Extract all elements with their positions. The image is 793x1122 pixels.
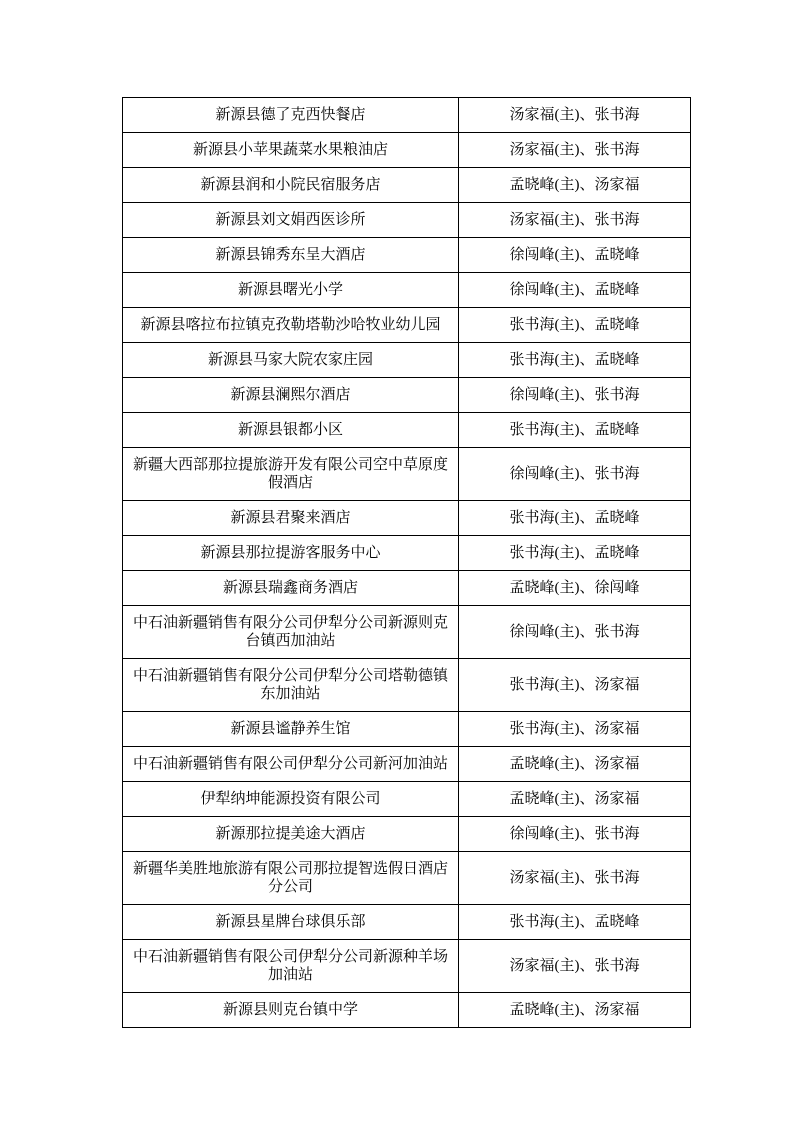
organization-cell: 新疆大西部那拉提旅游开发有限公司空中草原度假酒店 <box>123 448 459 501</box>
document-page: 新源县德了克西快餐店汤家福(主)、张书海新源县小苹果蔬菜水果粮油店汤家福(主)、… <box>0 0 793 1122</box>
assignees-cell: 徐闯峰(主)、张书海 <box>459 817 691 852</box>
table-row: 新源县德了克西快餐店汤家福(主)、张书海 <box>123 98 691 133</box>
organization-cell: 新源县君聚来酒店 <box>123 501 459 536</box>
table-row: 新源县润和小院民宿服务店孟晓峰(主)、汤家福 <box>123 168 691 203</box>
organization-cell: 新源县则克台镇中学 <box>123 993 459 1028</box>
table-row: 伊犁纳坤能源投资有限公司孟晓峰(主)、汤家福 <box>123 782 691 817</box>
table-row: 新源县星牌台球俱乐部张书海(主)、孟晓峰 <box>123 905 691 940</box>
organization-cell: 新源县那拉提游客服务中心 <box>123 536 459 571</box>
table-row: 新疆大西部那拉提旅游开发有限公司空中草原度假酒店徐闯峰(主)、张书海 <box>123 448 691 501</box>
table-row: 新源县小苹果蔬菜水果粮油店汤家福(主)、张书海 <box>123 133 691 168</box>
assignees-cell: 孟晓峰(主)、汤家福 <box>459 993 691 1028</box>
organization-cell: 新源县银都小区 <box>123 413 459 448</box>
organization-cell: 新源县德了克西快餐店 <box>123 98 459 133</box>
table-row: 新源县刘文娟西医诊所汤家福(主)、张书海 <box>123 203 691 238</box>
assignees-cell: 孟晓峰(主)、汤家福 <box>459 782 691 817</box>
assignees-cell: 张书海(主)、孟晓峰 <box>459 905 691 940</box>
assignees-cell: 汤家福(主)、张书海 <box>459 940 691 993</box>
assignees-cell: 汤家福(主)、张书海 <box>459 203 691 238</box>
table-row: 新源县谧静养生馆张书海(主)、汤家福 <box>123 712 691 747</box>
table-row: 新源那拉提美途大酒店徐闯峰(主)、张书海 <box>123 817 691 852</box>
assignees-cell: 张书海(主)、汤家福 <box>459 712 691 747</box>
organization-cell: 新源县星牌台球俱乐部 <box>123 905 459 940</box>
organization-cell: 中石油新疆销售有限分公司伊犁分公司新源则克台镇西加油站 <box>123 606 459 659</box>
assignees-cell: 汤家福(主)、张书海 <box>459 98 691 133</box>
table-row: 新源县马家大院农家庄园张书海(主)、孟晓峰 <box>123 343 691 378</box>
table-row: 中石油新疆销售有限公司伊犁分公司新河加油站孟晓峰(主)、汤家福 <box>123 747 691 782</box>
assignees-cell: 徐闯峰(主)、孟晓峰 <box>459 273 691 308</box>
assignment-table: 新源县德了克西快餐店汤家福(主)、张书海新源县小苹果蔬菜水果粮油店汤家福(主)、… <box>122 97 691 1028</box>
organization-cell: 中石油新疆销售有限公司伊犁分公司新源种羊场加油站 <box>123 940 459 993</box>
assignees-cell: 孟晓峰(主)、汤家福 <box>459 168 691 203</box>
assignees-cell: 汤家福(主)、张书海 <box>459 133 691 168</box>
organization-cell: 新源那拉提美途大酒店 <box>123 817 459 852</box>
assignees-cell: 徐闯峰(主)、张书海 <box>459 378 691 413</box>
organization-cell: 伊犁纳坤能源投资有限公司 <box>123 782 459 817</box>
organization-cell: 新源县曙光小学 <box>123 273 459 308</box>
organization-cell: 新源县喀拉布拉镇克孜勒塔勒沙哈牧业幼儿园 <box>123 308 459 343</box>
table-row: 新源县银都小区张书海(主)、孟晓峰 <box>123 413 691 448</box>
assignees-cell: 张书海(主)、孟晓峰 <box>459 308 691 343</box>
table-row: 新疆华美胜地旅游有限公司那拉提智选假日酒店分公司汤家福(主)、张书海 <box>123 852 691 905</box>
assignees-cell: 孟晓峰(主)、汤家福 <box>459 747 691 782</box>
organization-cell: 中石油新疆销售有限公司伊犁分公司新河加油站 <box>123 747 459 782</box>
organization-cell: 新源县刘文娟西医诊所 <box>123 203 459 238</box>
table-row: 新源县喀拉布拉镇克孜勒塔勒沙哈牧业幼儿园张书海(主)、孟晓峰 <box>123 308 691 343</box>
organization-cell: 新疆华美胜地旅游有限公司那拉提智选假日酒店分公司 <box>123 852 459 905</box>
table-body: 新源县德了克西快餐店汤家福(主)、张书海新源县小苹果蔬菜水果粮油店汤家福(主)、… <box>123 98 691 1028</box>
assignees-cell: 张书海(主)、孟晓峰 <box>459 501 691 536</box>
table-row: 中石油新疆销售有限分公司伊犁分公司塔勒德镇东加油站张书海(主)、汤家福 <box>123 659 691 712</box>
table-row: 新源县则克台镇中学孟晓峰(主)、汤家福 <box>123 993 691 1028</box>
assignees-cell: 张书海(主)、孟晓峰 <box>459 343 691 378</box>
assignees-cell: 张书海(主)、汤家福 <box>459 659 691 712</box>
assignees-cell: 张书海(主)、孟晓峰 <box>459 413 691 448</box>
table-row: 新源县澜熙尔酒店徐闯峰(主)、张书海 <box>123 378 691 413</box>
assignees-cell: 汤家福(主)、张书海 <box>459 852 691 905</box>
assignees-cell: 张书海(主)、孟晓峰 <box>459 536 691 571</box>
organization-cell: 中石油新疆销售有限分公司伊犁分公司塔勒德镇东加油站 <box>123 659 459 712</box>
table-row: 新源县那拉提游客服务中心张书海(主)、孟晓峰 <box>123 536 691 571</box>
assignees-cell: 徐闯峰(主)、张书海 <box>459 448 691 501</box>
assignees-cell: 徐闯峰(主)、孟晓峰 <box>459 238 691 273</box>
organization-cell: 新源县谧静养生馆 <box>123 712 459 747</box>
organization-cell: 新源县马家大院农家庄园 <box>123 343 459 378</box>
table-row: 新源县锦秀东呈大酒店徐闯峰(主)、孟晓峰 <box>123 238 691 273</box>
organization-cell: 新源县澜熙尔酒店 <box>123 378 459 413</box>
assignees-cell: 徐闯峰(主)、张书海 <box>459 606 691 659</box>
organization-cell: 新源县瑞鑫商务酒店 <box>123 571 459 606</box>
organization-cell: 新源县润和小院民宿服务店 <box>123 168 459 203</box>
assignees-cell: 孟晓峰(主)、徐闯峰 <box>459 571 691 606</box>
table-row: 新源县瑞鑫商务酒店孟晓峰(主)、徐闯峰 <box>123 571 691 606</box>
table-row: 新源县君聚来酒店张书海(主)、孟晓峰 <box>123 501 691 536</box>
table-row: 中石油新疆销售有限分公司伊犁分公司新源则克台镇西加油站徐闯峰(主)、张书海 <box>123 606 691 659</box>
table-row: 新源县曙光小学徐闯峰(主)、孟晓峰 <box>123 273 691 308</box>
organization-cell: 新源县锦秀东呈大酒店 <box>123 238 459 273</box>
organization-cell: 新源县小苹果蔬菜水果粮油店 <box>123 133 459 168</box>
table-row: 中石油新疆销售有限公司伊犁分公司新源种羊场加油站汤家福(主)、张书海 <box>123 940 691 993</box>
